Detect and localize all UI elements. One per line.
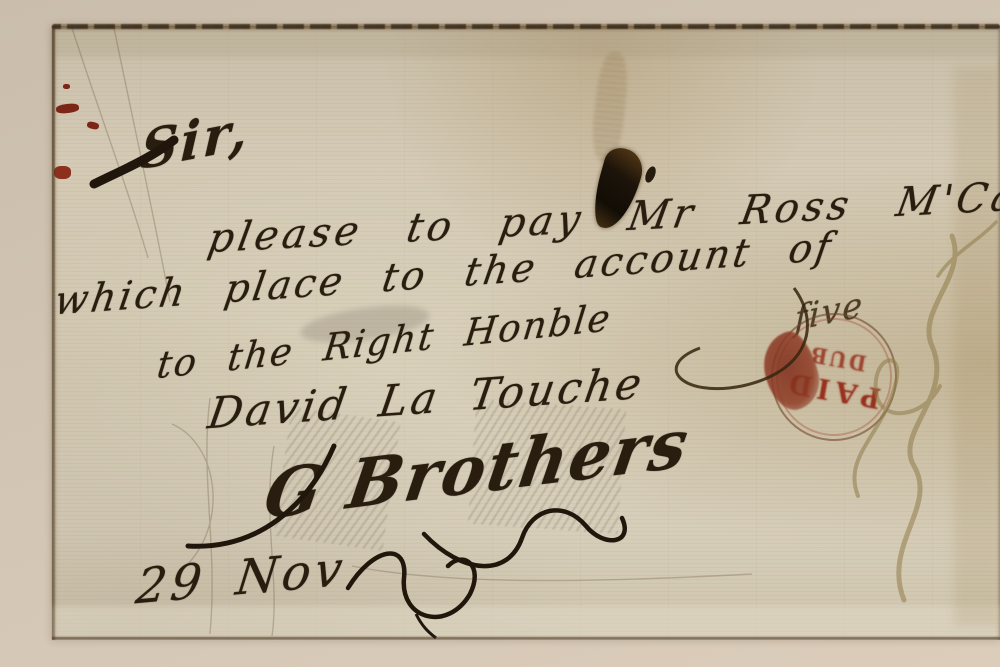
ghost-script [899,236,955,600]
document-bottom-edge [52,637,1000,639]
paper-toning-right [954,66,1000,626]
ink-blot-dot [643,165,658,184]
photograph-of-historical-letter: Sir, please to pay Mr Ross M'Can which p… [0,0,1000,667]
letter-date: 29 Nov [133,540,350,615]
wax-mark [63,84,70,89]
crease-line [172,424,213,568]
paper-toning-bottom [52,606,1000,640]
crease-line [352,566,752,581]
document-left-edge [52,26,55,640]
letter-document: Sir, please to pay Mr Ross M'Can which p… [52,26,1000,640]
crease-line [72,28,148,258]
letter-salutation: Sir, [139,99,251,183]
wax-mark [54,166,71,179]
ink-blot-trail [589,51,630,164]
document-torn-top-edge [52,24,1000,29]
wax-mark [56,103,80,114]
wax-mark [86,121,99,130]
paper-toning-top [52,29,1000,57]
